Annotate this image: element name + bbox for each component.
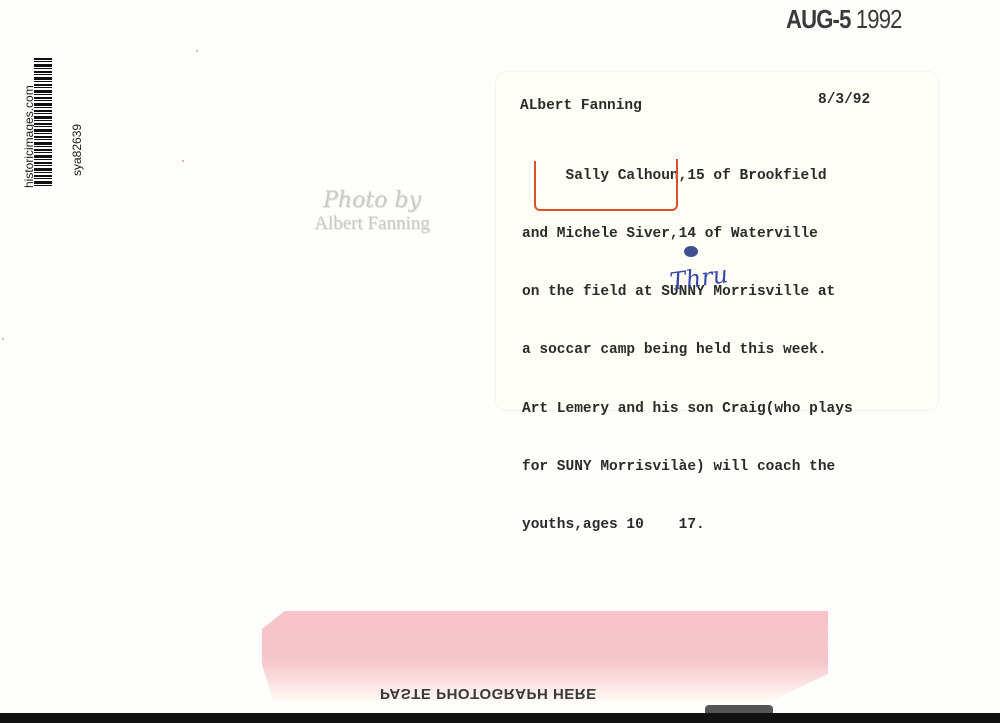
stamp-month-day: AUG-5: [786, 4, 851, 34]
paper-speck: [2, 338, 4, 340]
photo-back: historicimages.com sya82639 AUG-5 1992 P…: [0, 0, 1000, 713]
photographer-name: ALbert Fanning: [520, 98, 642, 114]
caption-date: 8/3/92: [818, 92, 870, 108]
barcode-icon: [34, 58, 52, 188]
paste-label: PASTE PHOTOGRAPH HERE: [380, 685, 597, 702]
paper-speck: [196, 50, 198, 52]
photo-credit-line2: Albert Fanning: [282, 213, 462, 235]
caption-line: a soccar camp being held this week.: [522, 341, 853, 360]
caption-line: and Michele Siver,14 of Waterville: [522, 225, 853, 244]
stamp-year: 1992: [856, 4, 902, 34]
barcode-label: historicimages.com sya82639: [18, 58, 78, 190]
scan-border: [0, 713, 1000, 723]
caption-line: youths,ages 10 17.: [522, 516, 853, 535]
barcode-id-text: sya82639: [70, 124, 84, 176]
ink-blot-mark: [684, 246, 698, 257]
embossed-photo-credit: Photo by Albert Fanning: [282, 188, 462, 235]
caption-line: Art Lemery and his son Craig(who plays: [522, 400, 853, 419]
date-stamp: AUG-5 1992: [786, 4, 902, 35]
caption-card: ALbert Fanning 8/3/92 Sally Calhoun,15 o…: [496, 72, 938, 410]
caption-line: for SUNY Morrisvilàe) will coach the: [522, 458, 853, 477]
editor-circle-mark: [534, 173, 678, 211]
paper-speck: [182, 160, 184, 162]
photo-credit-line1: Photo by: [282, 188, 462, 213]
